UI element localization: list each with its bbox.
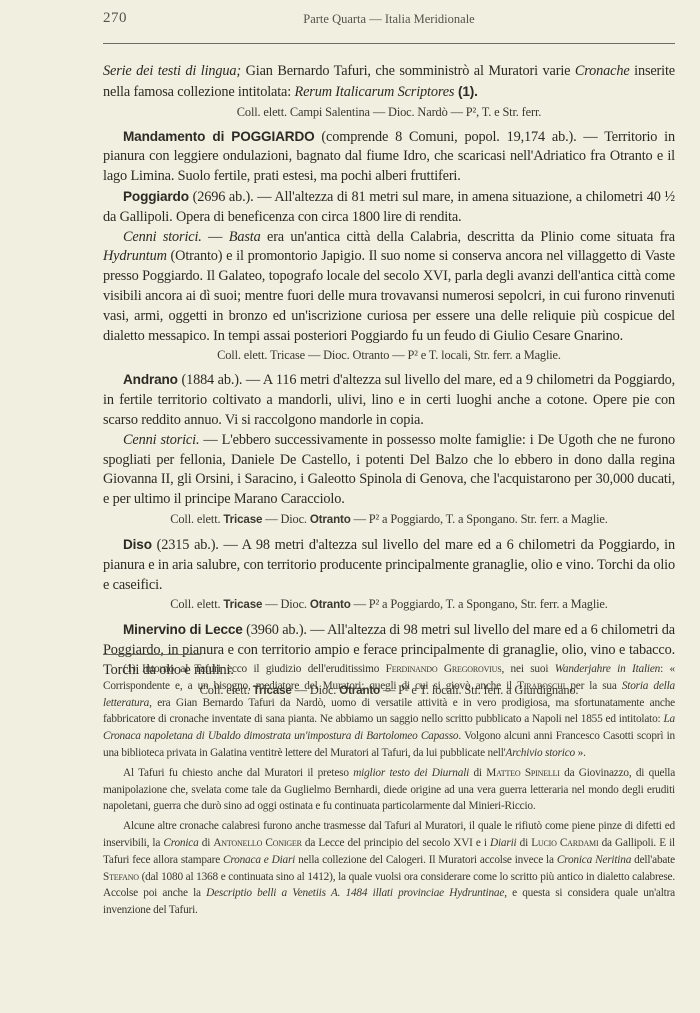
footnote-rule [103, 654, 201, 655]
collegio-line: Coll. elett. Campi Salentina — Dioc. Nar… [103, 103, 675, 121]
cenni-storici-poggiardo: Cenni storici. — Basta era un'antica cit… [103, 228, 675, 347]
italic-title: Cronica Neritina [557, 854, 631, 866]
main-text: Serie dei testi di lingua; Gian Bernardo… [103, 62, 675, 702]
italic-title: Cronica [163, 837, 198, 849]
entry-name: Andrano [123, 372, 178, 387]
entry-name: Poggiardo [123, 189, 189, 204]
text: per la sua [565, 680, 622, 692]
text: di [199, 837, 214, 849]
footnote-ref: (1). [454, 84, 477, 99]
italic-title: Serie dei testi di lingua; [103, 63, 241, 79]
collegio-name: Tricase [223, 598, 262, 611]
footnote-1: (1) Intorno al Tafuri ecco il giudizio d… [103, 661, 675, 762]
text: , era Gian Bernardo Tafuri da Nardò, uom… [103, 697, 675, 726]
author-name: Antonello Coniger [213, 837, 301, 849]
text: nella collezione del Calogeri. Il Murato… [295, 854, 557, 866]
book-page: 270 Parte Quarta — Italia Meridionale Se… [0, 0, 700, 1013]
entry-poggiardo: Poggiardo (2696 ab.). — All'altezza di 8… [103, 187, 675, 228]
text: di [469, 767, 486, 779]
text: (1) Intorno al Tafuri ecco il giudizio d… [123, 663, 386, 675]
italic-title: Rerum Italicarum Scriptores [295, 84, 455, 100]
diocese-name: Otranto [310, 513, 351, 526]
collegio-name: Tricase [223, 513, 262, 526]
collegio-line: Coll. elett. Tricase — Dioc. Otranto — P… [103, 346, 675, 364]
text: — Dioc. [262, 597, 310, 611]
text: — P² a Poggiardo, T. a Spongano. Str. fe… [351, 512, 608, 526]
cenni-label: Cenni storici. [123, 229, 202, 245]
collegio-line: Coll. elett. Tricase — Dioc. Otranto — P… [103, 595, 675, 614]
text: ». [575, 747, 586, 759]
text: — P² a Poggiardo, T. a Spongano, Str. fe… [351, 597, 608, 611]
italic-title: Wanderjahre in Italien [555, 663, 660, 675]
cenni-label: Cenni storici. [123, 432, 199, 448]
dash: — [202, 229, 229, 245]
intro-paragraph: Serie dei testi di lingua; Gian Bernardo… [103, 62, 675, 103]
entry-andrano: Andrano (1884 ab.). — A 116 metri d'alte… [103, 370, 675, 430]
text: da Lecce del principio del secolo XVI e … [302, 837, 490, 849]
italic-title: Archivio storico [506, 747, 576, 759]
entry-name: Minervino di Lecce [123, 622, 243, 637]
author-name: Stefano [103, 871, 139, 883]
running-title: Parte Quarta — Italia Meridionale [103, 12, 675, 27]
text: Coll. elett. [170, 597, 223, 611]
text: (2315 ab.). — A 98 metri d'altezza sul l… [103, 537, 675, 593]
italic-title: miglior testo dei Diurnali [353, 767, 469, 779]
italic-title: Diarii [490, 837, 516, 849]
text: (2696 ab.). — All'altezza di 81 metri su… [103, 189, 675, 225]
italic-word: Hydruntum [103, 248, 167, 264]
text: dell'abate [631, 854, 675, 866]
diocese-name: Otranto [310, 598, 351, 611]
text: Al Tafuri fu chiesto anche dal Muratori … [123, 767, 353, 779]
text: — Dioc. [262, 512, 310, 526]
mandamento-paragraph: Mandamento di POGGIARDO (comprende 8 Com… [103, 127, 675, 187]
footnotes: (1) Intorno al Tafuri ecco il giudizio d… [103, 661, 675, 919]
text: (1884 ab.). — A 116 metri d'altezza sul … [103, 372, 675, 428]
footnote-1-continued: Alcune altre cronache calabresi furono a… [103, 818, 675, 919]
entry-name: Diso [123, 537, 152, 552]
mandamento-name: POGGIARDO [231, 129, 314, 144]
text: , nei suoi [501, 663, 554, 675]
text: era un'antica città della Calabria, desc… [261, 229, 675, 245]
author-name: Ferdinando Gregorovius [386, 663, 502, 675]
italic-word: Basta [229, 229, 261, 245]
footnote-1-continued: Al Tafuri fu chiesto anche dal Muratori … [103, 765, 675, 815]
mandamento-lead: Mandamento di [123, 129, 231, 144]
italic-title: Cronaca e Diari [223, 854, 295, 866]
italic-title: Descriptio belli a Venetiis A. 1484 illa… [206, 887, 504, 899]
text: Coll. elett. [170, 512, 223, 526]
author-name: Tiraboschi [517, 680, 565, 692]
text: (Otranto) e il promontorio Japigio. Il s… [103, 248, 675, 343]
author-name: Matteo Spinelli [486, 767, 559, 779]
author-name: Lucio Cardami [531, 837, 598, 849]
cenni-storici-andrano: Cenni storici. — L'ebbero successivament… [103, 431, 675, 510]
text: di [516, 837, 531, 849]
page-header: 270 Parte Quarta — Italia Meridionale [103, 8, 675, 30]
collegio-line: Coll. elett. Tricase — Dioc. Otranto — P… [103, 510, 675, 529]
italic-title: Cronache [575, 63, 630, 79]
entry-diso: Diso (2315 ab.). — A 98 metri d'altezza … [103, 535, 675, 595]
header-rule [103, 43, 675, 44]
text: Gian Bernardo Tafuri, che somministrò al… [241, 63, 575, 79]
